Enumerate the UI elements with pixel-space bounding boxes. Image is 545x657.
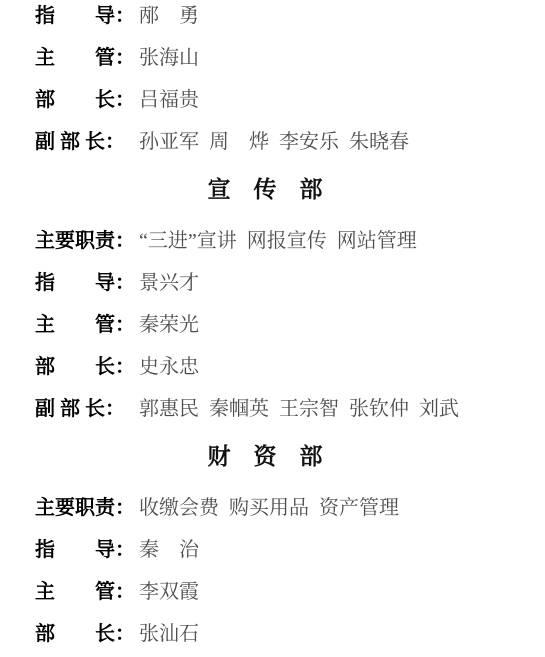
duties-value: 收缴会费 购买用品 资产管理	[139, 497, 399, 519]
department-section-xuanchuan: 宣 传 部 主要职责： “三进”宣讲 网报宣传 网站管理 指 导： 景兴才 主 …	[35, 177, 525, 420]
role-label: 指 导：	[35, 539, 139, 561]
duties-label: 主要职责：	[35, 497, 139, 519]
role-label: 主 管：	[35, 314, 139, 336]
role-label: 主 管：	[35, 581, 139, 603]
document-page: 指 导： 邴 勇 主 管： 张海山 部 长： 吕福贵 副 部 长： 孙亚军 周 …	[0, 0, 545, 657]
role-value: 吕福贵	[139, 89, 199, 111]
duties-row: 主要职责： 收缴会费 购买用品 资产管理	[35, 497, 525, 519]
department-section-top: 指 导： 邴 勇 主 管： 张海山 部 长： 吕福贵 副 部 长： 孙亚军 周 …	[35, 5, 525, 153]
role-row: 副 部 长： 郭惠民 秦帼英 王宗智 张钦仲 刘武	[35, 398, 525, 420]
role-value: 张汕石	[139, 623, 199, 645]
role-row: 指 导： 邴 勇	[35, 5, 525, 27]
role-value: 邴 勇	[139, 5, 199, 27]
duties-row: 主要职责： “三进”宣讲 网报宣传 网站管理	[35, 230, 525, 252]
role-row: 指 导： 秦 治	[35, 539, 525, 561]
role-value: 秦 治	[139, 539, 199, 561]
department-section-caizi: 财 资 部 主要职责： 收缴会费 购买用品 资产管理 指 导： 秦 治 主 管：…	[35, 444, 525, 645]
role-value: 景兴才	[139, 272, 199, 294]
role-value: 郭惠民 秦帼英 王宗智 张钦仲 刘武	[139, 398, 459, 420]
role-label: 指 导：	[35, 272, 139, 294]
role-row: 部 长： 史永忠	[35, 356, 525, 378]
role-label: 部 长：	[35, 623, 139, 645]
department-heading: 财 资 部	[20, 444, 510, 470]
role-row: 主 管： 张海山	[35, 47, 525, 69]
duties-value: “三进”宣讲 网报宣传 网站管理	[139, 230, 417, 252]
role-label: 副 部 长：	[35, 398, 139, 420]
role-value: 史永忠	[139, 356, 199, 378]
department-heading: 宣 传 部	[20, 177, 510, 203]
role-label: 部 长：	[35, 89, 139, 111]
role-row: 部 长： 吕福贵	[35, 89, 525, 111]
role-value: 秦荣光	[139, 314, 199, 336]
role-row: 主 管： 秦荣光	[35, 314, 525, 336]
role-row: 主 管： 李双霞	[35, 581, 525, 603]
role-label: 主 管：	[35, 47, 139, 69]
duties-label: 主要职责：	[35, 230, 139, 252]
role-row: 部 长： 张汕石	[35, 623, 525, 645]
role-label: 指 导：	[35, 5, 139, 27]
role-label: 部 长：	[35, 356, 139, 378]
role-label: 副 部 长：	[35, 131, 139, 153]
role-row: 副 部 长： 孙亚军 周 烨 李安乐 朱晓春	[35, 131, 525, 153]
role-value: 李双霞	[139, 581, 199, 603]
role-row: 指 导： 景兴才	[35, 272, 525, 294]
role-value: 张海山	[139, 47, 199, 69]
role-value: 孙亚军 周 烨 李安乐 朱晓春	[139, 131, 409, 153]
